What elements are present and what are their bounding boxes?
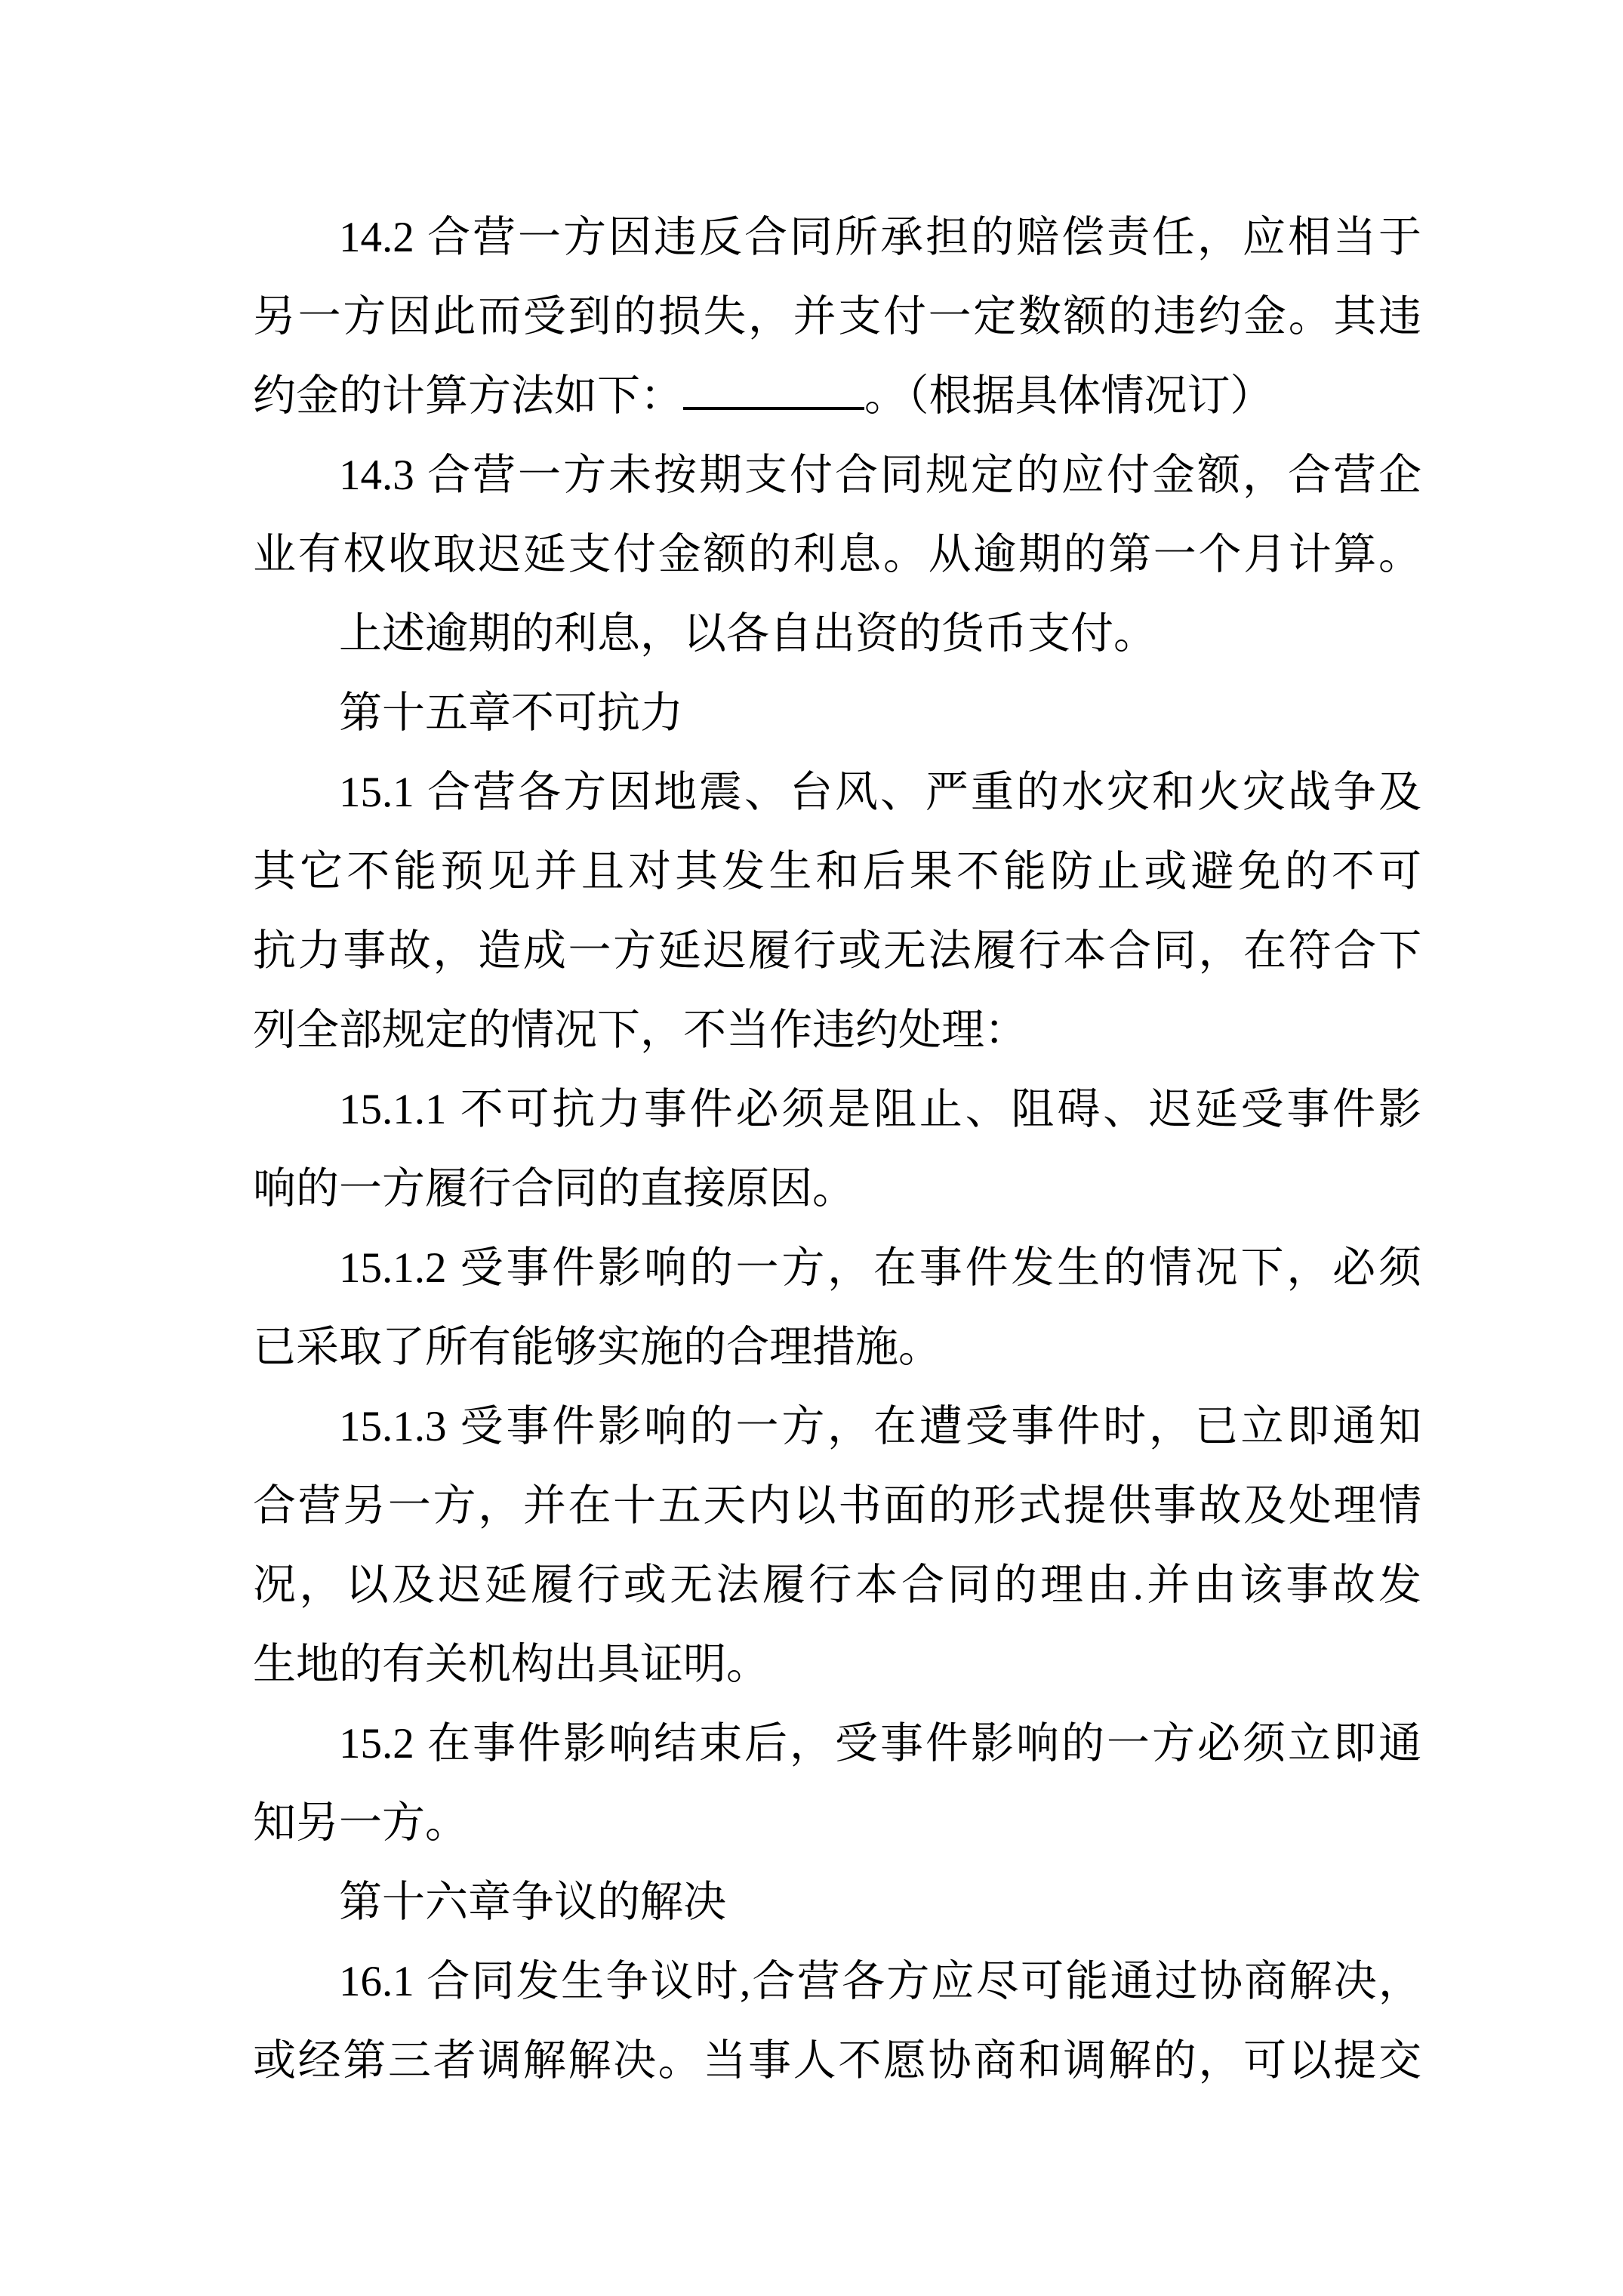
document-line: 第十六章争议的解决 xyxy=(253,1863,1421,1942)
document-line: 生地的有关机构出具证明。 xyxy=(253,1625,1421,1704)
text-run: 第十五章不可抗力 xyxy=(339,689,683,737)
document-page: 14.2 合营一方因违反合同所承担的赔偿责任，应相当于另一方因此而受到的损失，并… xyxy=(0,0,1623,2296)
fill-in-blank-underline xyxy=(683,366,864,410)
document-line: 响的一方履行合同的直接原因。 xyxy=(253,1149,1421,1228)
text-run: 知另一方。 xyxy=(253,1799,468,1847)
document-line: 况，以及迟延履行或无法履行本合同的理由.并由该事故发 xyxy=(253,1546,1421,1625)
text-run: 合营另一方，并在十五天内以书面的形式提供事故及处理情 xyxy=(253,1482,1421,1530)
document-line: 已采取了所有能够实施的合理措施。 xyxy=(253,1308,1421,1387)
document-line: 第十五章不可抗力 xyxy=(253,673,1421,753)
text-run: 已采取了所有能够实施的合理措施。 xyxy=(253,1324,941,1371)
document-line: 16.1 合同发生争议时,合营各方应尽可能通过协商解决， xyxy=(253,1942,1421,2021)
text-run: 15.1.2 受事件影响的一方，在事件发生的情况下，必须 xyxy=(339,1244,1421,1292)
text-run: 列全部规定的情况下，不当作违约处理： xyxy=(253,1006,1027,1054)
text-run: 业有权收取迟延支付金额的利息。从逾期的第一个月计算。 xyxy=(253,531,1421,578)
document-line: 知另一方。 xyxy=(253,1783,1421,1863)
document-line: 14.2 合营一方因违反合同所承担的赔偿责任，应相当于 xyxy=(253,198,1421,277)
document-line: 列全部规定的情况下，不当作违约处理： xyxy=(253,991,1421,1070)
text-run: 15.1 合营各方因地震、台风、严重的水灾和火灾战争及 xyxy=(339,769,1421,816)
text-run: 14.2 合营一方因违反合同所承担的赔偿责任，应相当于 xyxy=(339,214,1421,261)
text-run: 15.2 在事件影响结束后，受事件影响的一方必须立即通 xyxy=(339,1720,1421,1767)
text-run: 响的一方履行合同的直接原因。 xyxy=(253,1165,855,1213)
text-run: 其它不能预见并且对其发生和后果不能防止或避免的不可 xyxy=(253,848,1421,895)
text-run: 。（根据具体情况订） xyxy=(864,372,1273,420)
text-run: 或经第三者调解解决。当事人不愿协商和调解的，可以提交 xyxy=(253,2037,1421,2085)
document-line: 业有权收取迟延支付金额的利息。从逾期的第一个月计算。 xyxy=(253,515,1421,594)
document-line: 上述逾期的利息，以各自出资的货币支付。 xyxy=(253,594,1421,673)
document-line: 15.1 合营各方因地震、台风、严重的水灾和火灾战争及 xyxy=(253,753,1421,832)
text-run: 另一方因此而受到的损失，并支付一定数额的违约金。其违 xyxy=(253,293,1421,341)
text-run: 16.1 合同发生争议时,合营各方应尽可能通过协商解决， xyxy=(339,1958,1421,2005)
text-run: 上述逾期的利息，以各自出资的货币支付。 xyxy=(339,610,1156,658)
text-run: 抗力事故，造成一方延迟履行或无法履行本合同，在符合下 xyxy=(253,927,1421,975)
document-line: 另一方因此而受到的损失，并支付一定数额的违约金。其违 xyxy=(253,277,1421,356)
text-run: 第十六章争议的解决 xyxy=(339,1878,726,1926)
document-line: 15.2 在事件影响结束后，受事件影响的一方必须立即通 xyxy=(253,1704,1421,1783)
document-line: 其它不能预见并且对其发生和后果不能防止或避免的不可 xyxy=(253,832,1421,911)
document-line: 合营另一方，并在十五天内以书面的形式提供事故及处理情 xyxy=(253,1466,1421,1546)
document-line: 14.3 合营一方未按期支付合同规定的应付金额，合营企 xyxy=(253,436,1421,515)
document-line: 约金的计算方法如下：。（根据具体情况订） xyxy=(253,356,1421,436)
document-line: 或经第三者调解解决。当事人不愿协商和调解的，可以提交 xyxy=(253,2021,1421,2100)
document-line: 15.1.3 受事件影响的一方，在遭受事件时，已立即通知 xyxy=(253,1387,1421,1466)
text-run: 约金的计算方法如下： xyxy=(253,372,683,420)
text-run: 生地的有关机构出具证明。 xyxy=(253,1641,769,1688)
document-body: 14.2 合营一方因违反合同所承担的赔偿责任，应相当于另一方因此而受到的损失，并… xyxy=(253,198,1421,2100)
document-line: 抗力事故，造成一方延迟履行或无法履行本合同，在符合下 xyxy=(253,911,1421,991)
text-run: 15.1.1 不可抗力事件必须是阻止、阻碍、迟延受事件影 xyxy=(339,1086,1421,1133)
document-line: 15.1.2 受事件影响的一方，在事件发生的情况下，必须 xyxy=(253,1228,1421,1308)
text-run: 15.1.3 受事件影响的一方，在遭受事件时，已立即通知 xyxy=(339,1403,1421,1450)
text-run: 况，以及迟延履行或无法履行本合同的理由.并由该事故发 xyxy=(253,1561,1421,1609)
document-line: 15.1.1 不可抗力事件必须是阻止、阻碍、迟延受事件影 xyxy=(253,1070,1421,1149)
text-run: 14.3 合营一方未按期支付合同规定的应付金额，合营企 xyxy=(339,451,1421,499)
